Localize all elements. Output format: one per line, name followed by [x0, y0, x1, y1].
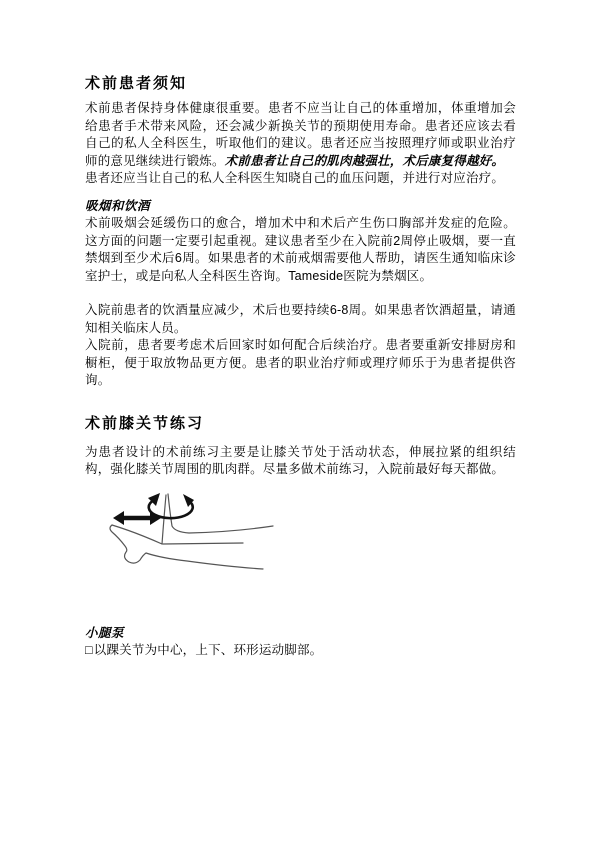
calf-pump-instruction: □以踝关节为中心，上下、环形运动脚部。	[85, 642, 516, 660]
paragraph-knee-exercise-intro: 为患者设计的术前练习主要是让膝关节处于活动状态，伸展拉紧的组织结构，强化膝关节周…	[85, 444, 516, 479]
paragraph-alcohol: 入院前患者的饮酒量应减少，术后也要持续6-8周。如果患者饮酒超量，请通知相关临床…	[85, 302, 516, 337]
ankle-exercise-illustration	[109, 487, 279, 581]
section-title-preop-notice: 术前患者须知	[85, 74, 516, 93]
paragraph-preop-intro: 术前患者保持身体健康很重要。患者不应当让自己的体重增加，体重增加会给患者手术带来…	[85, 100, 516, 170]
checkbox-bullet: □	[85, 643, 93, 657]
emphasized-sentence: 术前患者让自己的肌肉越强壮，术后康复得越好。	[225, 154, 504, 168]
paragraph-home-preparation: 入院前，患者要考虑术后回家时如何配合后续治疗。患者要重新安排厨房和橱柜，便于取放…	[85, 337, 516, 390]
paragraph-smoking: 术前吸烟会延缓伤口的愈合，增加术中和术后产生伤口胸部并发症的危险。这方面的问题一…	[85, 215, 516, 285]
calf-pump-instruction-text: 以踝关节为中心，上下、环形运动脚部。	[94, 643, 323, 657]
section-title-knee-exercise: 术前膝关节练习	[85, 414, 516, 433]
subheading-calf-pump: 小腿泵	[85, 625, 516, 643]
ankle-exercise-foot-drawing	[109, 487, 279, 581]
paragraph-blood-pressure: 患者还应当让自己的私人全科医生知晓自己的血压问题，并进行对应治疗。	[85, 170, 516, 188]
subheading-smoking-drinking: 吸烟和饮酒	[85, 198, 516, 216]
document-page: 术前患者须知 术前患者保持身体健康很重要。患者不应当让自己的体重增加，体重增加会…	[0, 0, 596, 842]
